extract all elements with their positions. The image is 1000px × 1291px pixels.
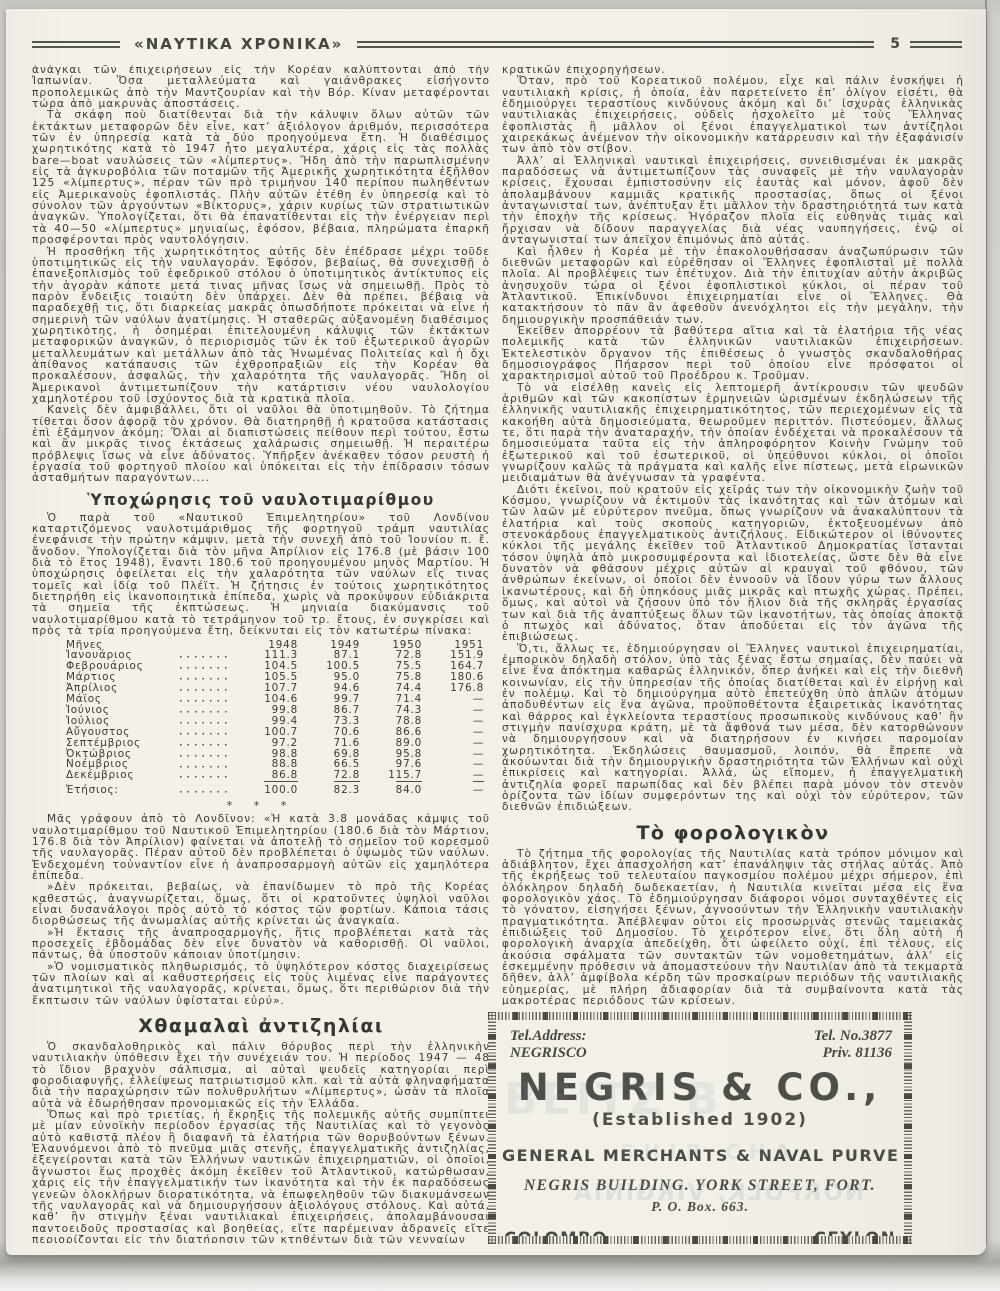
- table-total-value: 82.3: [334, 781, 360, 796]
- paragraph: Διότι ἐκεῖνοι, ποὺ κρατοῦν εἰς χεῖράς τω…: [502, 485, 964, 644]
- ad-content: BEITZ B SHIP CHA NORFOLK, VIRGINIA Tel.A…: [502, 1022, 898, 1236]
- table-cell-value: 84.0: [360, 785, 422, 796]
- paragraph: Ὁ σκανδαλοθηρικὸς καὶ πάλιν θόρυβος περὶ…: [32, 1042, 490, 1110]
- paragraph: Ὅπως καὶ πρὸ τριετίας, ἡ ἔκρηξις τῆς πολ…: [32, 1110, 490, 1243]
- paragraph: Ὁ παρὰ τοῦ «Ναυτικοῦ Ἐπιμελητηρίου» τοῦ …: [32, 513, 490, 638]
- table-total-row: Ἐτήσιος:100.082.384.0—: [66, 785, 484, 796]
- stars-separator: * * *: [32, 799, 490, 812]
- ad-address-line: NEGRIS BUILDING. YORK STREET, FORT.: [502, 1177, 898, 1195]
- table-row-label: Ἐτήσιος:: [66, 785, 178, 796]
- header-rule-middle: [357, 41, 874, 48]
- table-dot-leader: [180, 759, 230, 768]
- table-dot-leader: [180, 738, 230, 747]
- paragraph: Μᾶς γράφουν ἀπὸ τὸ Λονδῖνον: «Ἡ κατὰ 3.8…: [32, 814, 490, 882]
- table-dot-leader: [180, 650, 230, 659]
- table-dot-leader: [180, 694, 230, 703]
- table-cell-value: 89.0: [360, 738, 422, 749]
- ad-tel-priv: Priv. 81136: [814, 1045, 892, 1062]
- table-dot-leader: [180, 770, 230, 779]
- ad-city-colombo: COLOMBO: [504, 1229, 608, 1236]
- ad-cities: COLOMBO CEYLON: [502, 1229, 898, 1236]
- column-left: ἀνάγκαι τῶν ἐπιχειρήσεων εἰς τὴν Κορέαν …: [32, 65, 490, 1243]
- ad-business-line: GENERAL MERCHANTS & NAVAL PURVEYORS: [502, 1146, 898, 1165]
- ad-phone-numbers: Tel. No.3877 Priv. 81136: [814, 1028, 892, 1062]
- ad-border-top: [488, 1012, 912, 1020]
- table-dot-leader: [180, 683, 230, 692]
- table-cell-value: —: [422, 785, 484, 796]
- ad-tel-no: Tel. No.3877: [814, 1028, 892, 1045]
- table-row-label: Δεκέμβριος: [66, 770, 178, 781]
- paragraph: »Δὲν πρόκειται, βεβαίως, νὰ ἐπανίδωμεν τ…: [32, 882, 490, 927]
- two-column-layout: ἀνάγκαι τῶν ἐπιχειρήσεων εἰς τὴν Κορέαν …: [6, 55, 986, 1244]
- table-row: Σεπτέμβριος97.271.689.0—: [66, 738, 484, 749]
- column-right: κρατικῶν ἐπιχορηγήσεων.Ὅταν, πρὸ τοῦ Κορ…: [502, 65, 964, 1244]
- table-dot-leader: [180, 749, 230, 758]
- ad-border-left: [488, 1012, 496, 1244]
- ad-city-ceylon: CEYLON: [814, 1229, 896, 1236]
- ad-po-box: P. O. Box. 663.: [502, 1199, 898, 1215]
- page-number: 5: [890, 36, 900, 52]
- magazine-title: «ΝΑΥΤΙΚΑ ΧΡΟΝΙΚΑ»: [134, 35, 343, 53]
- table-dot-leader: [180, 672, 230, 681]
- table-cell-value: 115.7: [360, 770, 422, 781]
- freight-index-table: Μῆνες1948194919501951Ἰανουάριος111.387.1…: [66, 640, 484, 797]
- ad-established: (Established 1902): [502, 1110, 898, 1130]
- table-row-label: Σεπτέμβριος: [66, 738, 178, 749]
- table-cell-value: 72.8: [298, 770, 360, 781]
- paragraph: Τὸ ζήτημα τῆς φορολογίας τῆς Ναυτιλίας κ…: [502, 849, 964, 1005]
- ad-border-bottom: [488, 1236, 912, 1244]
- paragraph: Ἡ προσθήκη τῆς χωρητικότητος αὐτῆς δὲν ἐ…: [32, 247, 490, 406]
- header-rule-right: [910, 41, 962, 48]
- section-heading: Ὑποχώρησις τοῦ ναυλοτιμαρίθμου: [32, 491, 490, 509]
- ad-telephone-block: Tel.Address: NEGRISCO Tel. No.3877 Priv.…: [502, 1022, 898, 1062]
- ad-tel-address-label: Tel.Address:: [510, 1028, 587, 1045]
- paragraph: Ὅ,τι, ἄλλως τε, ἐδημιούργησαν οἱ Ἕλληνες…: [502, 644, 964, 814]
- ad-company-name: NEGRIS & CO.,: [502, 1069, 898, 1107]
- paragraph: Τὸ νὰ εἰσέλθῃ κανεὶς εἰς λεπτομερῆ ἀντίκ…: [502, 383, 964, 485]
- paragraph: Κανεὶς δὲν ἀμφιβάλλει, ὅτι οἱ ναῦλοι θὰ …: [32, 405, 490, 484]
- ad-border-right: [904, 1012, 912, 1244]
- table-row: Δεκέμβριος86.872.8115.7—: [66, 770, 484, 781]
- table-dot-leader: [180, 640, 230, 649]
- section-heading: Τὸ φορολογικὸν: [502, 822, 964, 844]
- table-cell-value: —: [422, 738, 484, 749]
- table-total-value: 84.0: [396, 781, 422, 796]
- table-total-value: —: [473, 781, 484, 796]
- table-cell-value: 82.3: [298, 785, 360, 796]
- table-dot-leader: [180, 727, 230, 736]
- table-dot-leader: [180, 785, 230, 794]
- table-cell-value: 86.8: [236, 770, 298, 781]
- ad-tel-address-value: NEGRISCO: [510, 1045, 587, 1062]
- table-dot-leader: [180, 716, 230, 725]
- magazine-page: «ΝΑΥΤΙΚΑ ΧΡΟΝΙΚΑ» 5 ἀνάγκαι τῶν ἐπιχειρή…: [6, 9, 986, 1255]
- table-dot-leader: [180, 705, 230, 714]
- paragraph: Καὶ ἦλθεν ἡ Κορέα μὲ τὴν ἐπακολουθήσασαν…: [502, 247, 964, 326]
- page-header: «ΝΑΥΤΙΚΑ ΧΡΟΝΙΚΑ» 5: [6, 9, 986, 55]
- paragraph: »Ἡ ἔκτασις τῆς ἀναπροσαρμογῆς, ἥτις προβ…: [32, 928, 490, 962]
- negris-advertisement: BEITZ B SHIP CHA NORFOLK, VIRGINIA Tel.A…: [488, 1012, 912, 1244]
- table-cell-value: —: [422, 770, 484, 781]
- paragraph: Ἀλλ’ αἱ Ἑλληνικαὶ ναυτικαὶ ἐπιχειρήσεις,…: [502, 156, 964, 247]
- paragraph: ἀνάγκαι τῶν ἐπιχειρήσεων εἰς τὴν Κορέαν …: [32, 65, 490, 110]
- table-cell-value: 100.0: [236, 785, 298, 796]
- paragraph: Τὰ σκάφη ποὺ διατίθενται διὰ τὴν κάλυψιν…: [32, 110, 490, 246]
- header-rule-left: [32, 41, 120, 48]
- paragraph: Ὅταν, πρὸ τοῦ Κορεατικοῦ πολέμου, εἶχε κ…: [502, 76, 964, 155]
- ad-telegraphic-address: Tel.Address: NEGRISCO: [510, 1028, 587, 1062]
- table-total-value: 100.0: [264, 781, 298, 796]
- paragraph: »Ὁ νομισματικὸς πληθωρισμός, τὸ ὑψηλότερ…: [32, 962, 490, 1007]
- table-dot-leader: [180, 661, 230, 670]
- section-heading: Χθαμαλαὶ ἀντιζηλίαι: [32, 1015, 490, 1037]
- table-cell-value: 71.6: [298, 738, 360, 749]
- column-right-text: κρατικῶν ἐπιχορηγήσεων.Ὅταν, πρὸ τοῦ Κορ…: [502, 65, 964, 1005]
- table-cell-value: 97.2: [236, 738, 298, 749]
- paragraph: Ἐκεῖθεν ἀπορρέουν τὰ βαθύτερα αἴτια καὶ …: [502, 326, 964, 383]
